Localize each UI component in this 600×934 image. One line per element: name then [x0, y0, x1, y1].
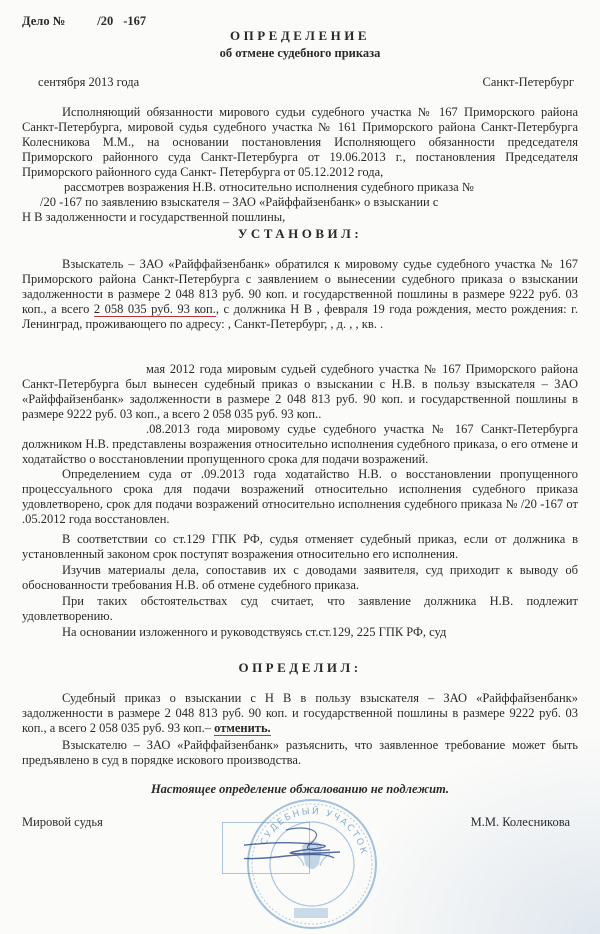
established-heading: УСТАНОВИЛ: [0, 226, 600, 242]
court-ruling-document: Дело №/20-167 ОПРЕДЕЛЕНИЕ об отмене суде… [0, 0, 600, 934]
document-subtitle: об отмене судебного приказа [0, 46, 600, 61]
case-number-suffix: -167 [123, 14, 146, 28]
study-paragraph: Изучив материалы дела, сопоставив их с д… [22, 563, 578, 593]
intro-paragraph: Исполняющий обязанности мирового судьи с… [22, 105, 578, 180]
document-title: ОПРЕДЕЛЕНИЕ [0, 28, 600, 44]
court-seal-icon: СУДЕБНЫЙ УЧАСТОК № [244, 796, 380, 932]
law-paragraph: В соответствии со ст.129 ГПК РФ, судья о… [22, 532, 578, 562]
decision-text: Судебный приказ о взыскании с Н В в поль… [22, 691, 578, 735]
intro-review-line: рассмотрев возражения Н.В. относительно … [22, 180, 578, 195]
order-issued-paragraph: мая 2012 года мировым судьей судебного у… [22, 362, 578, 422]
decision-paragraph: Судебный приказ о взыскании с Н В в поль… [22, 691, 578, 736]
claim-total-underlined: 2 058 035 руб. 93 коп. [94, 302, 216, 317]
intro-claim-line: /20 -167 по заявлению взыскателя – ЗАО «… [40, 195, 560, 210]
decided-heading: ОПРЕДЕЛИЛ: [0, 660, 600, 676]
claim-paragraph: Взыскатель – ЗАО «Райффайзенбанк» обрати… [22, 257, 578, 332]
ruling-paragraph: Определением суда от .09.2013 года ходат… [22, 467, 578, 527]
objection-paragraph: .08.2013 года мировому судье судебного у… [22, 422, 578, 467]
document-date: сентября 2013 года [38, 75, 139, 90]
circumstances-paragraph: При таких обстоятельствах суд считает, ч… [22, 594, 578, 624]
basis-paragraph: На основании изложенного и руководствуяс… [22, 625, 578, 640]
case-number-value: /20 [97, 14, 113, 28]
judge-title: Мировой судья [22, 815, 103, 830]
case-number: Дело №/20-167 [22, 14, 146, 29]
final-note: Настоящее определение обжалованию не под… [0, 782, 600, 797]
judge-name: М.М. Колесникова [471, 815, 570, 830]
intro-debtor-line: Н В задолженности и государственной пошл… [22, 210, 578, 225]
decision-verb-underlined: отменить. [214, 721, 271, 736]
document-city: Санкт-Петербург [483, 75, 574, 90]
case-label: Дело № [22, 14, 65, 28]
explain-paragraph: Взыскателю – ЗАО «Райффайзенбанк» разъяс… [22, 738, 578, 768]
